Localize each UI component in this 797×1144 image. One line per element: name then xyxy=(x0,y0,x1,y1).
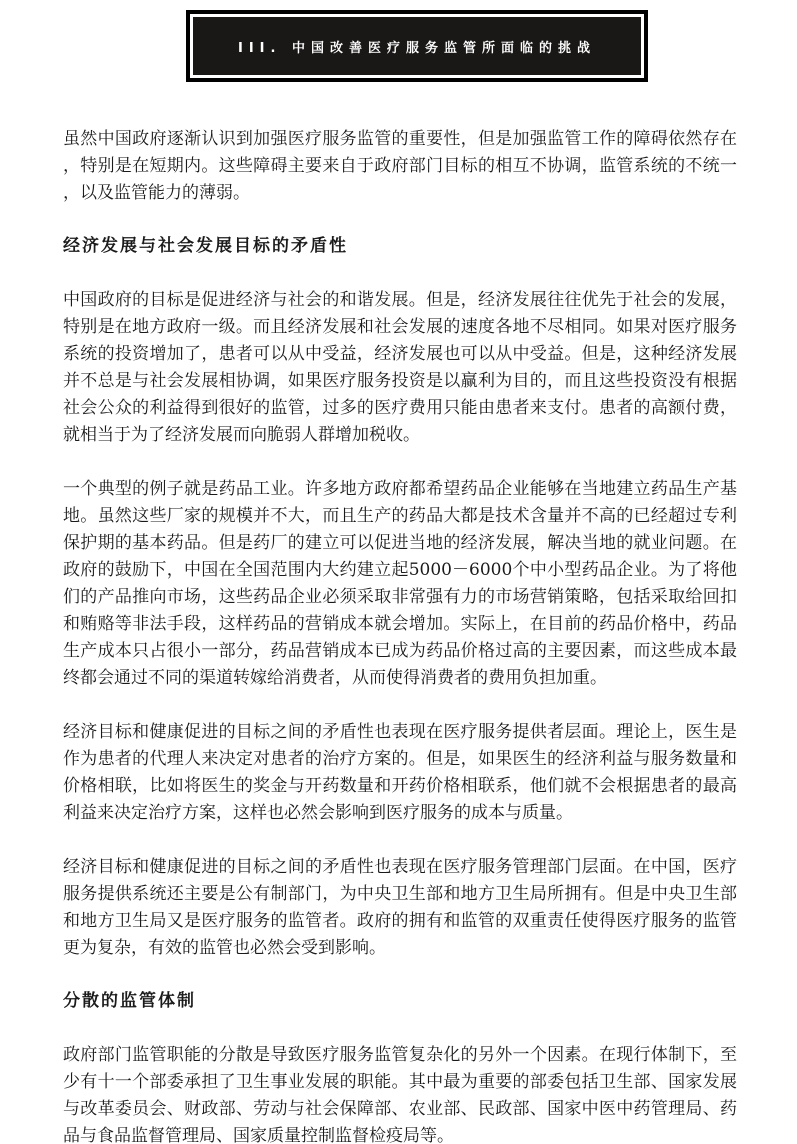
paragraph-fragmented-ministries: 政府部门监管职能的分散是导致医疗服务监管复杂化的另外一个因素。在现行体制下，至少… xyxy=(63,1042,737,1144)
chapter-title: III. 中国改善医疗服务监管所面临的挑战 xyxy=(193,17,641,75)
paragraph-provider-level-conflict: 经济目标和健康促进的目标之间的矛盾性也表现在医疗服务提供者层面。理论上，医生是作… xyxy=(63,719,737,827)
paragraph-harmonious-development: 中国政府的目标是促进经济与社会的和谐发展。但是，经济发展往往优先于社会的发展，特… xyxy=(63,287,737,449)
section-heading-economic-social-goals: 经济发展与社会发展目标的矛盾性 xyxy=(63,233,737,260)
paragraph-management-level-conflict: 经济目标和健康促进的目标之间的矛盾性也表现在医疗服务管理部门层面。在中国，医疗服… xyxy=(63,854,737,962)
section-heading-fragmented-regulation: 分散的监管体制 xyxy=(63,988,737,1015)
chapter-title-box: III. 中国改善医疗服务监管所面临的挑战 xyxy=(186,10,648,82)
document-page: III. 中国改善医疗服务监管所面临的挑战 虽然中国政府逐渐认识到加强医疗服务监… xyxy=(0,0,797,1144)
document-body: 虽然中国政府逐渐认识到加强医疗服务监管的重要性，但是加强监管工作的障碍依然存在，… xyxy=(0,126,797,1144)
paragraph-pharma-industry-example: 一个典型的例子就是药品工业。许多地方政府都希望药品企业能够在当地建立药品生产基地… xyxy=(63,476,737,692)
intro-paragraph: 虽然中国政府逐渐认识到加强医疗服务监管的重要性，但是加强监管工作的障碍依然存在，… xyxy=(63,126,737,207)
